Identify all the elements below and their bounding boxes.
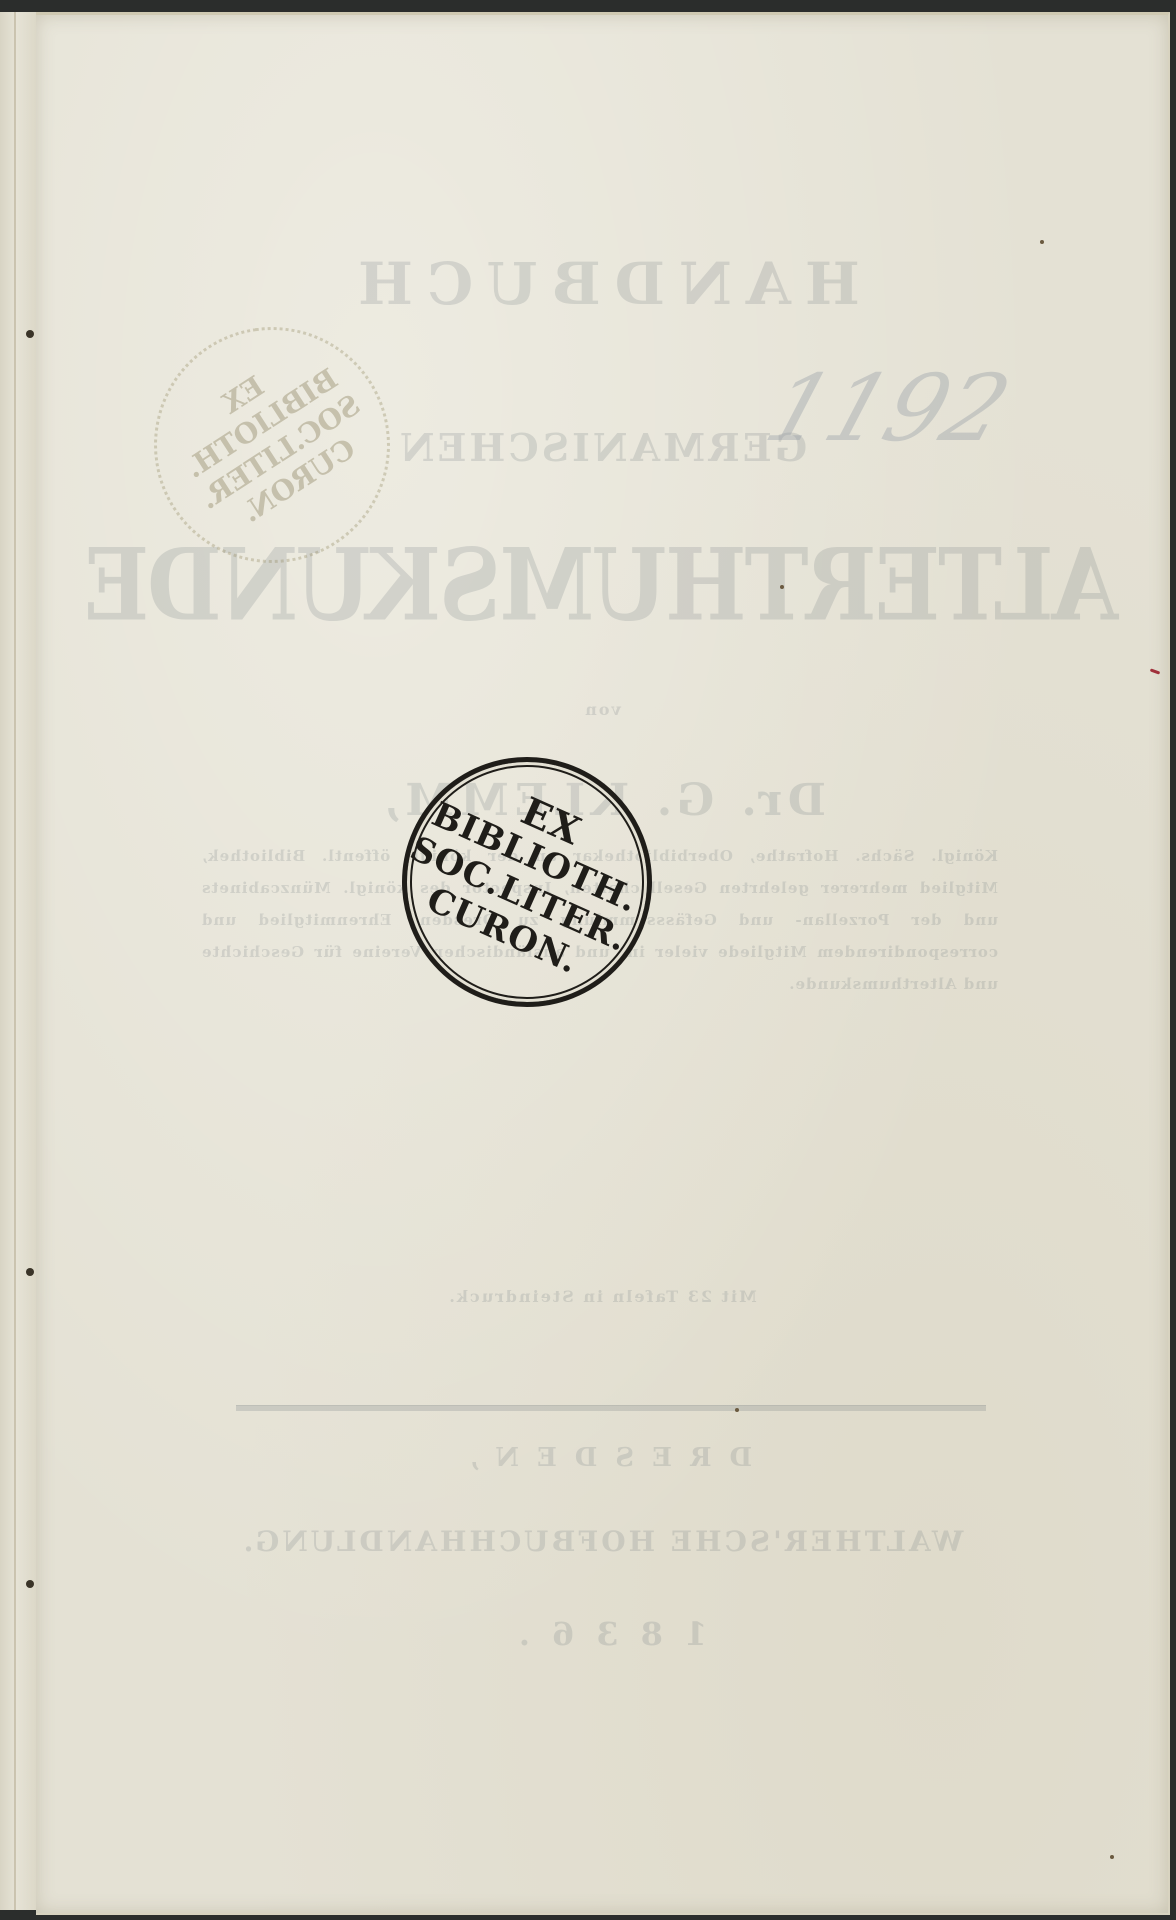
show-through-year: 1836. [36,1615,1168,1653]
offset-stamp-text: EX BIBLIOTH. SOC.LITER. CURON. [138,318,405,557]
gutter-fold-line [14,12,16,1910]
show-through-place: DRESDEN, [36,1443,1168,1473]
book-spine-gutter [0,12,37,1910]
show-through-von: von [36,700,1168,719]
library-stamp: EX BIBLIOTH. SOC.LITER. CURON. [402,757,652,1007]
handwritten-shelf-number: 1192 [754,355,1023,462]
show-through-plates-note: Mit 23 Tafeln in Steindruck. [36,1287,1168,1306]
show-through-rule [236,1405,986,1411]
paper-speck [780,585,784,589]
paper-speck [1110,1855,1114,1859]
binding-stitch [26,330,34,338]
show-through-title-handbuch: HANDBUCH [36,250,1168,318]
binding-stitch [26,1580,34,1588]
show-through-publisher: WALTHER'SCHE HOFBUCHHANDLUNG. [36,1525,1168,1558]
binding-stitch [26,1268,34,1276]
paper-speck [1040,240,1044,244]
paper-speck [735,1408,739,1412]
